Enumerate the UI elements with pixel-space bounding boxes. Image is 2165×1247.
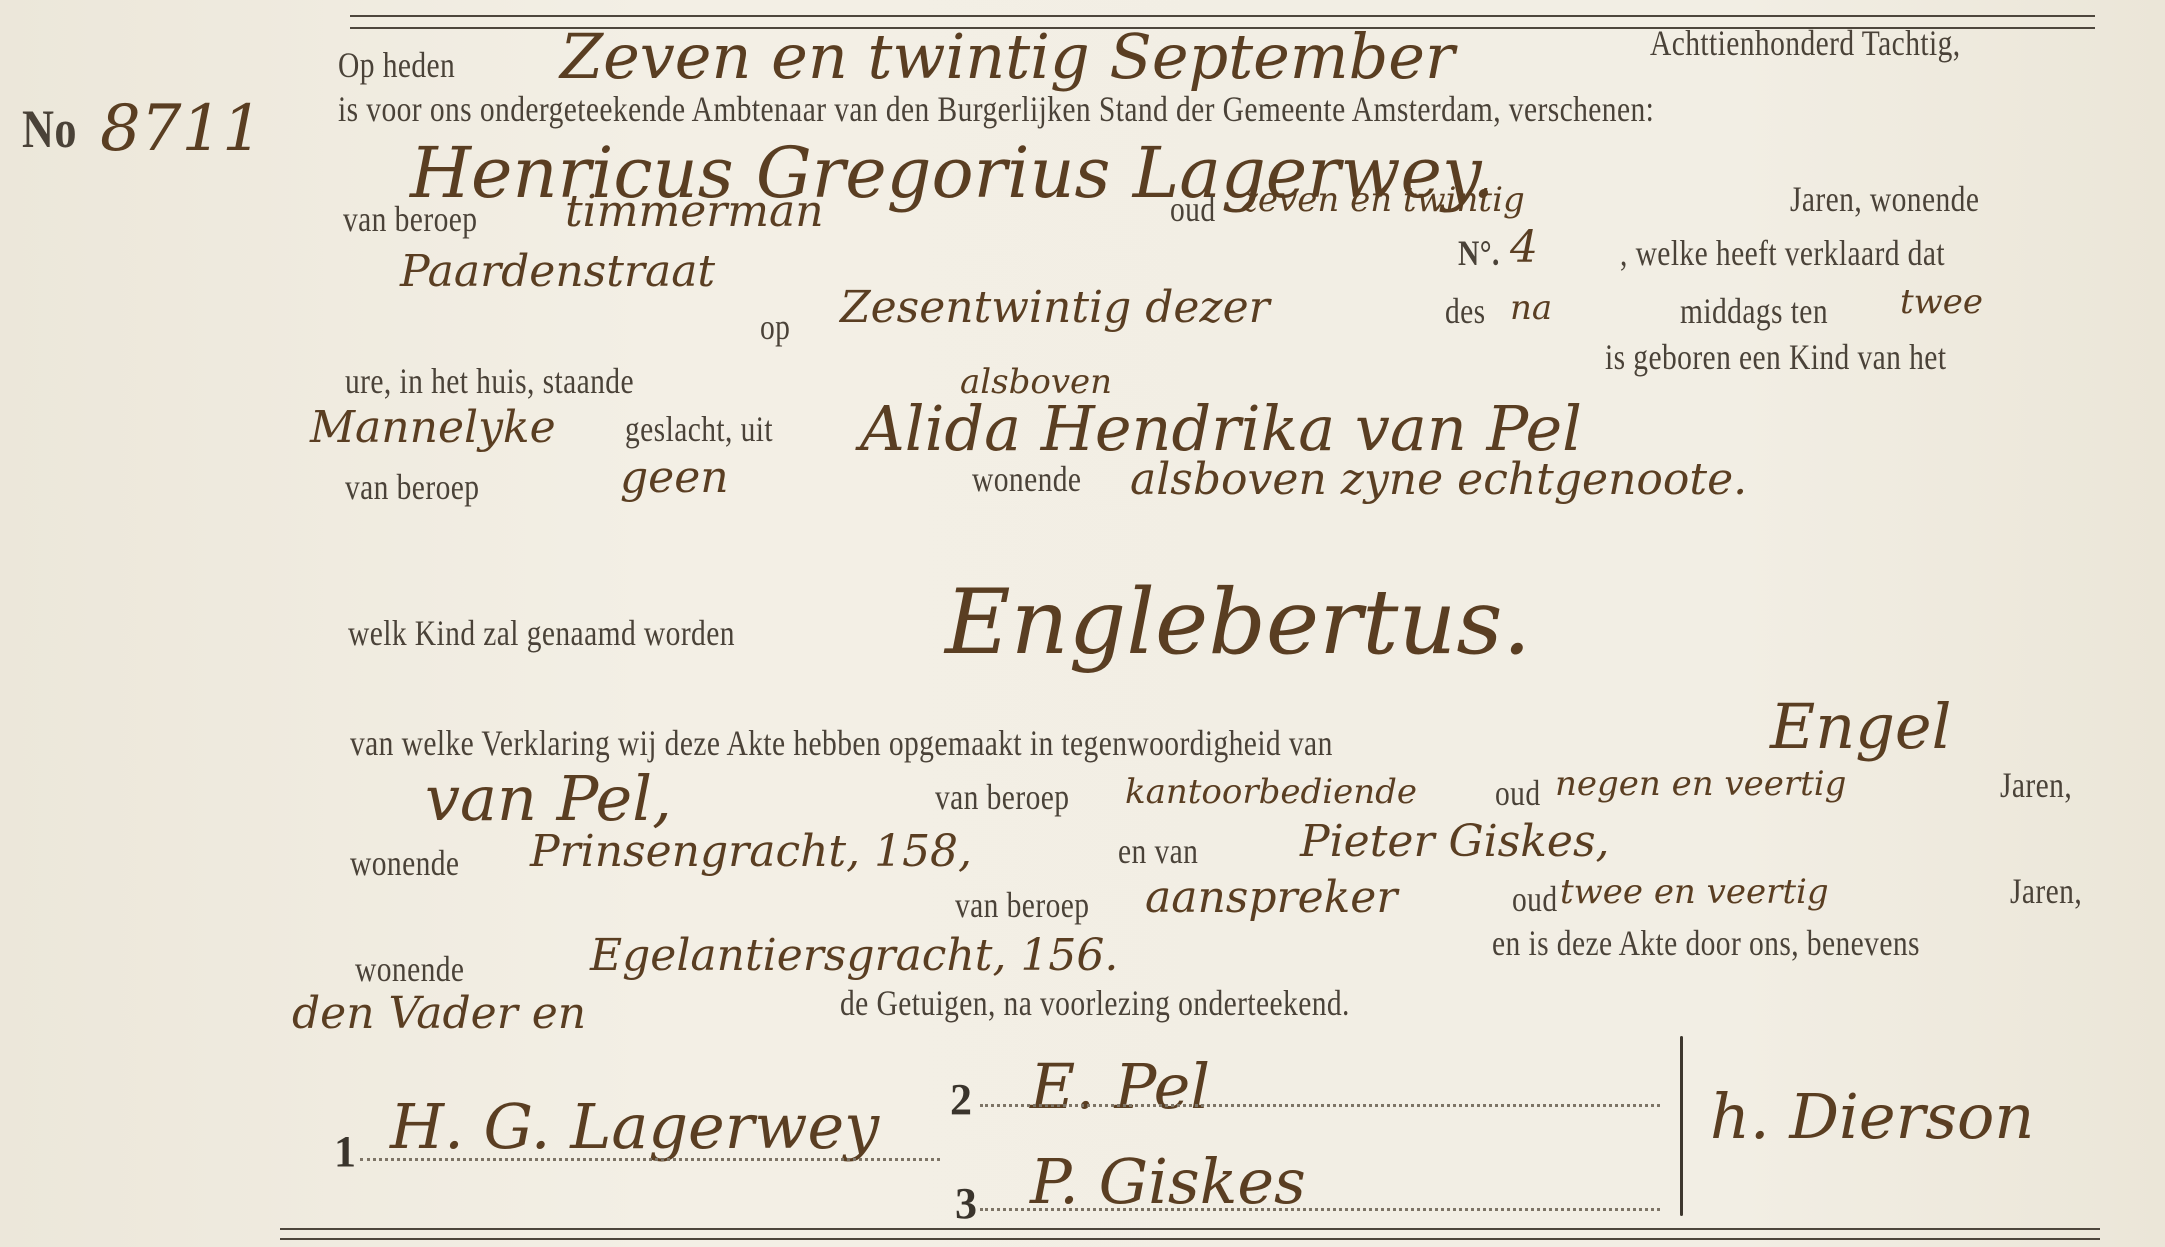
printed-line2: is voor ons ondergeteekende Ambtenaar va… <box>338 88 1654 130</box>
hw-witness2-age: twee en veertig <box>1560 872 1829 912</box>
hw-witness1-b: van Pel, <box>425 762 672 835</box>
printed-is-geboren: is geboren een Kind van het <box>1605 336 1946 378</box>
sig-number-3: 3 <box>955 1178 977 1229</box>
printed-geslacht: geslacht, uit <box>625 408 773 450</box>
printed-en-van: en van <box>1118 830 1198 872</box>
bottom-rule <box>280 1228 2100 1230</box>
hw-sex: Mannelyke <box>310 402 556 453</box>
printed-wonende-1: wonende <box>972 458 1081 500</box>
printed-ure-huis: ure, in het huis, staande <box>345 360 634 402</box>
hw-mother-occupation: geen <box>620 452 729 503</box>
official-signature: h. Dierson <box>1710 1080 2034 1153</box>
signature-line-2 <box>980 1104 1660 1107</box>
hw-date: Zeven en twintig September <box>560 20 1455 93</box>
hw-occupation: timmerman <box>565 186 824 237</box>
printed-kind-genaamd: welk Kind zal genaamd worden <box>348 612 735 654</box>
signature-line-3 <box>980 1208 1660 1211</box>
printed-van-beroep-2: van beroep <box>345 466 479 508</box>
hw-hour: twee <box>1900 282 1983 322</box>
hw-age: zeven en twintig <box>1240 180 1525 220</box>
hw-witness2-occupation: aanspreker <box>1145 872 1397 923</box>
printed-oud-3: oud <box>1512 878 1558 920</box>
signature-brace <box>1680 1036 1683 1216</box>
printed-oud-1: oud <box>1170 188 1216 230</box>
record-number-label: No <box>22 98 77 160</box>
printed-verklaard: , welke heeft verklaard dat <box>1620 232 1945 274</box>
document-page: No 8711 Op heden Zeven en twintig Septem… <box>0 0 2165 1247</box>
printed-middags: middags ten <box>1680 290 1828 332</box>
hw-witness1-occupation: kantoorbediende <box>1125 772 1417 812</box>
hw-birth-day: Zesentwintig dezer <box>840 282 1270 333</box>
printed-wonende-3: wonende <box>355 948 464 990</box>
printed-van-beroep-3: van beroep <box>935 776 1069 818</box>
sig-number-1: 1 <box>334 1126 356 1177</box>
printed-jaren-wonende: Jaren, wonende <box>1790 178 1979 220</box>
printed-op: op <box>760 306 790 348</box>
hw-street: Paardenstraat <box>400 246 715 297</box>
printed-jaren-2: Jaren, <box>2010 870 2082 912</box>
top-rule <box>350 15 2095 17</box>
printed-van-beroep-1: van beroep <box>343 198 477 240</box>
hw-house-no: 4 <box>1510 222 1538 273</box>
printed-wonende-2: wonende <box>350 842 459 884</box>
hw-witness2-name: Pieter Giskes, <box>1300 816 1610 867</box>
printed-des: des <box>1445 290 1486 332</box>
hw-witness1-a: Engel <box>1770 690 1951 763</box>
signature-line-1 <box>360 1158 940 1161</box>
printed-benevens: en is deze Akte door ons, benevens <box>1492 922 1920 964</box>
printed-year: Achttienhonderd Tachtig, <box>1650 22 1961 64</box>
signature-1: H. G. Lagerwey <box>390 1090 879 1163</box>
sig-number-2: 2 <box>950 1074 972 1125</box>
hw-margin-note: den Vader en <box>292 988 586 1039</box>
hw-mother-residence: alsboven zyne echtgenoote. <box>1130 454 1747 505</box>
printed-van-beroep-4: van beroep <box>955 884 1089 926</box>
printed-jaren-1: Jaren, <box>2000 764 2072 806</box>
hw-dayhalf: na <box>1510 288 1552 328</box>
hw-witness2-residence: Egelantiersgracht, 156. <box>590 930 1118 981</box>
printed-op-heden: Op heden <box>338 44 455 86</box>
hw-witness1-age: negen en veertig <box>1555 764 1846 804</box>
printed-getuigen: de Getuigen, na voorlezing onderteekend. <box>840 982 1350 1024</box>
printed-oud-2: oud <box>1495 772 1541 814</box>
hw-child-name: Englebertus. <box>945 570 1531 675</box>
printed-verklaring: van welke Verklaring wij deze Akte hebbe… <box>350 722 1333 764</box>
printed-no: N°. <box>1458 232 1500 274</box>
hw-witness1-residence: Prinsengracht, 158, <box>530 826 972 877</box>
bottom-rule-2 <box>280 1238 2100 1240</box>
record-number: 8711 <box>100 92 263 166</box>
signature-2: E. Pel <box>1030 1050 1210 1123</box>
